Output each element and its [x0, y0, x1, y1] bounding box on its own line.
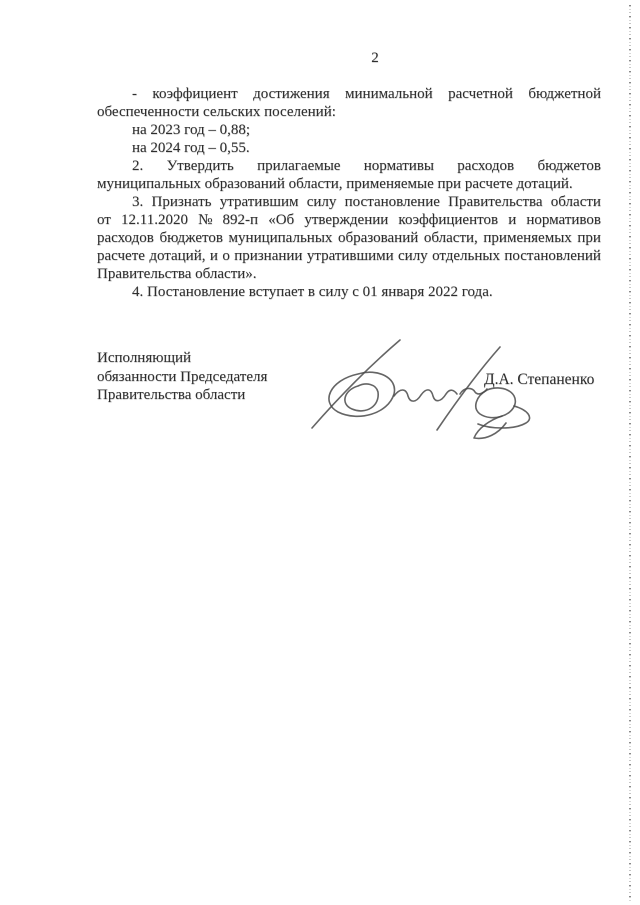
signature-role-line: обязанности Председателя	[97, 368, 267, 387]
document-page: 2 -коэффициентдостиженияминимальнойрасче…	[0, 0, 640, 905]
page-number: 2	[97, 50, 627, 67]
signature-role-block: Исполняющий обязанности Председателя Пра…	[97, 349, 267, 405]
doc-line: 4. Постановление вступает в силу с 01 ян…	[97, 283, 601, 301]
signature-role-line: Правительства области	[97, 386, 267, 405]
doc-line: расчетедотаций,иопризнанииутратившимисил…	[97, 247, 601, 265]
doc-line: на 2023 год – 0,88;	[97, 121, 601, 139]
doc-line: расходовбюджетовмуниципальныхобразований…	[97, 229, 601, 247]
doc-line: обеспеченности сельских поселений:	[97, 103, 601, 121]
doc-line: 2.Утвердитьприлагаемыенормативырасходовб…	[97, 157, 601, 175]
scan-artifact-line	[629, 5, 631, 901]
signer-name: Д.А. Степаненко	[484, 371, 594, 389]
doc-line: -коэффициентдостиженияминимальнойрасчетн…	[97, 85, 601, 103]
body-text: -коэффициентдостиженияминимальнойрасчетн…	[97, 85, 601, 301]
doc-line: 3.ПризнатьутратившимсилупостановлениеПра…	[97, 193, 601, 211]
signature-role-line: Исполняющий	[97, 349, 267, 368]
doc-line: от12.11.2020№892-п«Обутверждениикоэффици…	[97, 211, 601, 229]
doc-line: на 2024 год – 0,55.	[97, 139, 601, 157]
doc-line: муниципальных образований области, приме…	[97, 175, 601, 193]
doc-line: Правительства области».	[97, 265, 601, 283]
